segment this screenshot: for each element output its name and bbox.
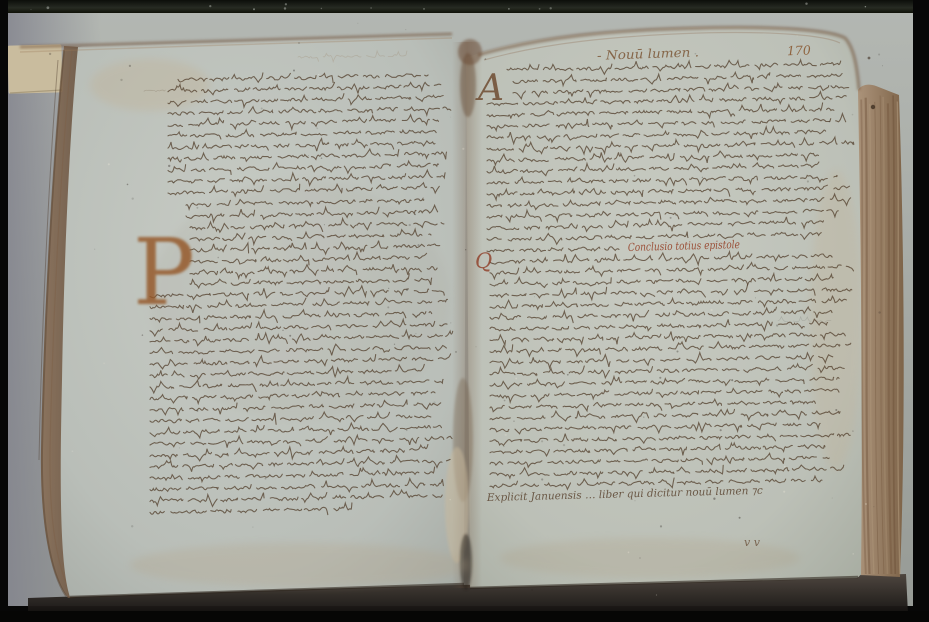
gutter-stain-head	[458, 39, 482, 65]
manuscript-photo: - Nouū lumen . 170 P A Q Conclusio totiu…	[0, 0, 929, 622]
right-page	[466, 26, 864, 588]
initial-letter-p: P	[133, 219, 195, 326]
film-frame-right	[913, 0, 929, 622]
stain-right-margin	[810, 170, 862, 470]
initial-letter-q: Q	[475, 249, 492, 273]
catchword: v v	[744, 536, 761, 549]
film-frame-top	[0, 0, 929, 13]
film-frame-left	[0, 0, 8, 622]
fore-edge-spot	[871, 105, 875, 109]
initial-letter-a: A	[475, 68, 504, 109]
folio-number: 170	[787, 42, 811, 58]
stain-bottom-left	[130, 543, 470, 587]
film-frame-bottom	[0, 611, 929, 622]
fore-edge-spot-2	[868, 57, 871, 60]
stain-top-left	[90, 59, 210, 111]
